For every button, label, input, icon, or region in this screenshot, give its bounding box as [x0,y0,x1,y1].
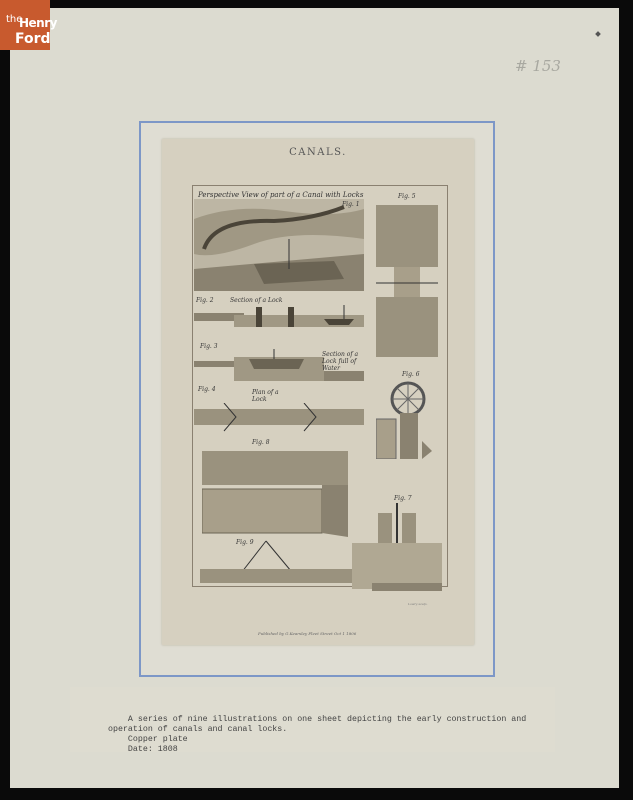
fig7-label: Fig. 7 [394,495,412,502]
description-label: A series of nine illustrations on one sh… [70,687,555,752]
fig9-gate-plan [200,539,352,589]
fig8-label: Fig. 8 [252,439,270,446]
logo-ford: Ford [15,31,51,47]
fig2-lock-section [194,305,364,335]
logo-henry: Henry [19,16,57,30]
fig7-sluice-section [352,503,442,595]
fig1-label: Fig. 1 [342,201,360,208]
fig2-caption: Section of a Lock [230,297,283,304]
fig9-label: Fig. 9 [236,539,254,546]
fig5-lock-gate-plan [376,205,438,357]
handwritten-catalog-number: # 153 [515,57,561,75]
fig6-label: Fig. 6 [402,371,420,378]
fig1-canal-perspective [194,199,364,291]
description-text: A series of nine illustrations on one sh… [108,715,526,755]
fig4-caption: Plan of a Lock [252,389,292,403]
fig6-wheel-mechanism [376,379,438,459]
henry-ford-logo: the Henry Ford [0,0,50,50]
fig3-label: Fig. 3 [200,343,218,350]
fig2-label: Fig. 2 [196,297,214,304]
engraver-note: Lowry sculp. [408,602,427,606]
fig8-lock-detail [202,451,348,537]
fig5-label: Fig. 5 [398,193,416,200]
engraving-print: CANALS. Perspective View of part of a Ca… [162,139,474,645]
fig1-caption: Perspective View of part of a Canal with… [198,191,364,199]
fig3-caption: Section of a Lock full of Water [322,351,372,372]
print-title: CANALS. [162,147,474,158]
fig4-label: Fig. 4 [198,386,216,393]
fig4-lock-plan [194,403,364,433]
publisher-note: Published by G.Kearsley Fleet Street Oct… [258,631,356,636]
